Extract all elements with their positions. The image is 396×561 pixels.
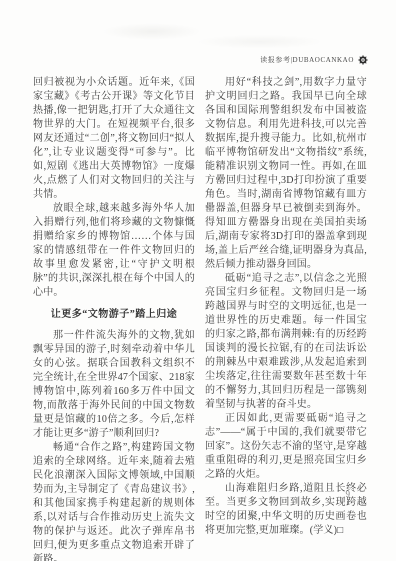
article-body: 回归被视为小众话题。近年来,《国家宝藏》《考古公开课》等文化节目热播,像一把钥匙… [33, 76, 367, 561]
right-column: 用好“科技之剑”,用数字力量守护文明回归之路。我国早已向全球各国和国际刑警组织发… [205, 76, 367, 561]
body-paragraph: 回归被视为小众话题。近年来,《国家宝藏》《考古公开课》等文化节目热播,像一把钥匙… [33, 76, 195, 202]
body-paragraph: 那一件件流失海外的文物,犹如飘零异国的游子,时刻牵动着中华儿女的心弦。据联合国教… [33, 329, 195, 441]
body-paragraph: 用好“科技之剑”,用数字力量守护文明回归之路。我国早已向全球各国和国际刑警组织发… [205, 76, 367, 272]
body-paragraph: 山海难阻归乡路,道阻且长终必至。当更多文物回到故乡,实现跨越时空的团聚,中华文明… [205, 482, 367, 538]
page-showthrough-smudge [80, 18, 320, 52]
left-column: 回归被视为小众话题。近年来,《国家宝藏》《考古公开课》等文化节目热播,像一把钥匙… [33, 76, 195, 561]
body-paragraph: 正因如此,更需要砥砺“追寻之志”——“属于中国的,我们就要带它回家”。这份矢志不… [205, 412, 367, 482]
gear-rosette-logo-icon [358, 55, 368, 65]
masthead-title: 读报参考|DUBAOCANKAO [260, 55, 354, 65]
body-paragraph: 畅通“合作之路”,构建跨国文物追索的全球网络。近年来,随着去殖民化浪潮深入国际文… [33, 441, 195, 561]
magazine-page: 读报参考|DUBAOCANKAO 回归被视为小众话题。近 [0, 0, 396, 561]
body-paragraph: 放眼全球,越来越多海外华人加入捐赠行列,他们将珍藏的文物慷慨捐赠给家乡的博物馆…… [33, 202, 195, 300]
body-paragraph: 砥砺“追寻之志”,以信念之光照亮国宝归乡征程。文物回归是一场跨越国界与时空的文明… [205, 272, 367, 412]
masthead: 读报参考|DUBAOCANKAO [260, 55, 368, 65]
page-number: 9 [346, 489, 351, 499]
section-subheading: 让更多“文物游子”踏上归途 [33, 308, 195, 322]
